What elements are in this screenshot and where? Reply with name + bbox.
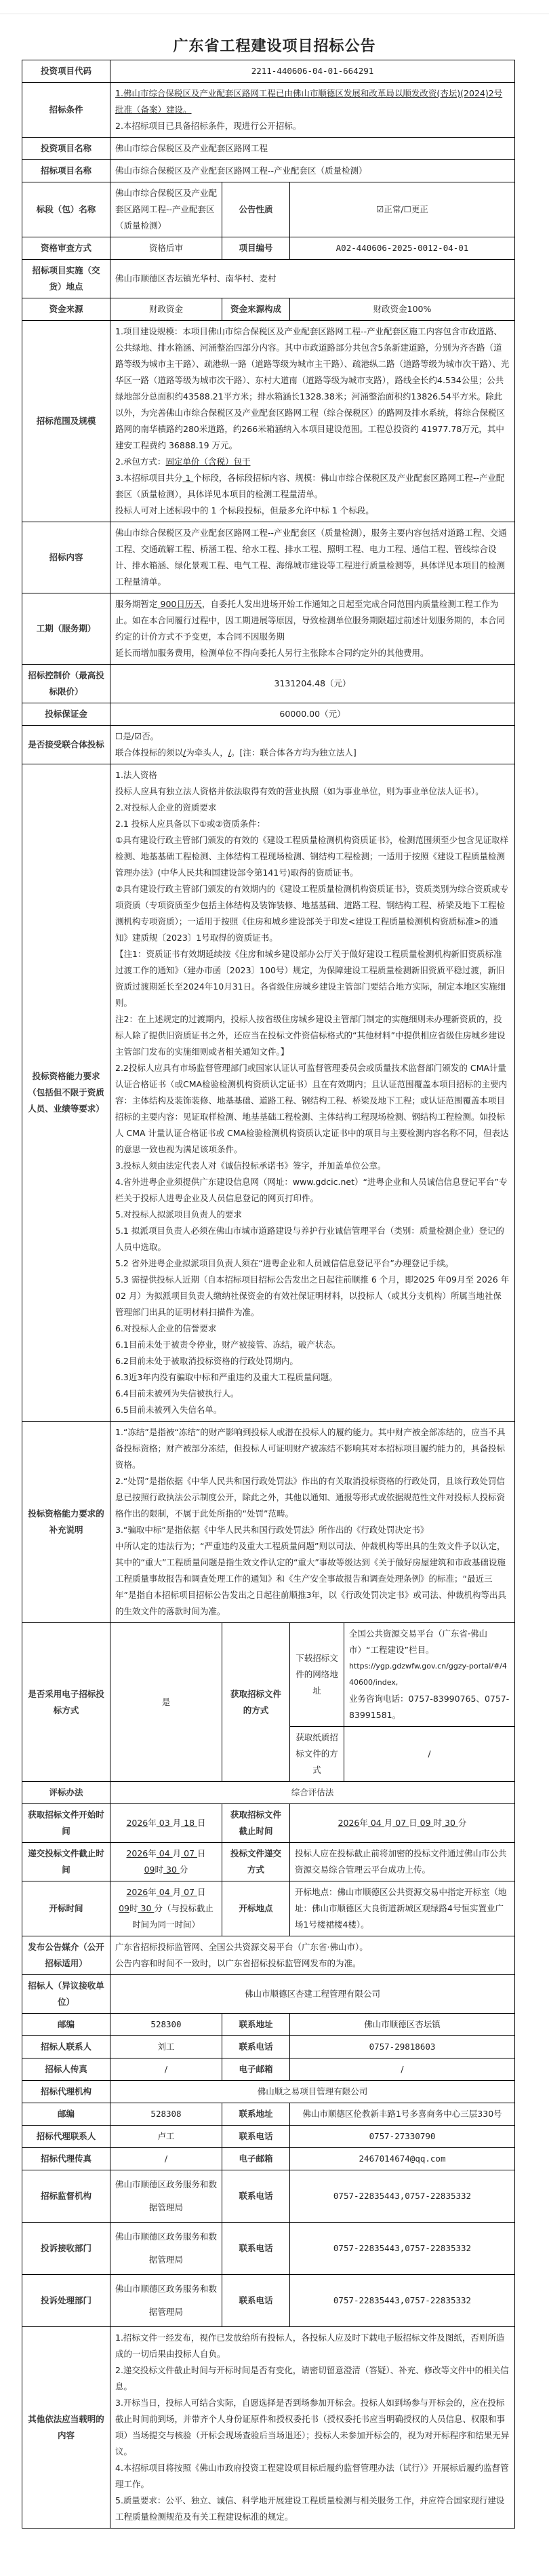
requirement-item: 6.2目前未处于被取消投标资格的行政处罚期内。: [115, 1353, 510, 1369]
requirement-item: 6.5目前未被列入失信名单。: [115, 1402, 510, 1418]
label-project-code: 投资项目代码: [22, 60, 110, 83]
complaint-receive-value: 佛山市顺德区政务服务和数据管理局: [110, 2223, 222, 2275]
scope-bid-limit: 投标人可对上述标段中的 1 个标段投标，但最多允许中标 1 个标段。: [115, 503, 510, 519]
download-address-value: 全国公共资源交易平台（广东省·佛山市）“工程建设”栏目。 https://ygp…: [344, 1623, 515, 1727]
requirement-item: 2.对投标人企业的资质要求: [115, 800, 510, 816]
tenderer-zip-value: 528300: [110, 2014, 222, 2036]
consortium-value: ☐是/☑否。 联合体投标的须以/为牵头人，/。[注：联合体各方均为独立法人]: [110, 726, 515, 764]
obtain-start-value: 2026年 03 月 18 日: [110, 1804, 222, 1843]
requirement-item: 6.4目前未被列为失信被执行人。: [115, 1386, 510, 1402]
row-scope: 招标范围及规模 1.项目建设规模：本项目佛山市综合保税区及产业配套区路网工程--…: [22, 321, 515, 522]
label-deposit: 投标保证金: [22, 703, 110, 726]
row-period: 工期（服务期） 服务期暂定 900日历天，自委托人发出进场开始工作通知之日起至完…: [22, 593, 515, 665]
year-unit: 年: [148, 1887, 157, 1897]
label-agency-zip: 邮编: [22, 2103, 110, 2126]
deadline-minute: 30: [163, 1865, 180, 1875]
contract-method-label: 2.承包方式：: [115, 456, 165, 467]
requirement-item: 6.3近3年内没有骗取中标和严重违约及重大工程质量问题。: [115, 1369, 510, 1386]
electronic-value: 是: [110, 1623, 222, 1782]
year-unit: 年: [148, 1818, 157, 1828]
consortium-lead-note: 联合体投标的须以/为牵头人，/。[注：联合体各方均为独立法人]: [115, 745, 510, 761]
evaluation-value: 综合评估法: [110, 1782, 515, 1804]
label-agency: 招标代理机构: [22, 2081, 110, 2103]
row-tenderer: 招标人（异议接收单位） 佛山市顺德区杏建工程管理有限公司: [22, 1975, 515, 2014]
section-name-value: 佛山市综合保税区及产业配套区路网工程--产业配套区（质量检测）: [110, 182, 222, 237]
scope-value: 1.项目建设规模：本项目佛山市综合保税区及产业配套区路网工程--产业配套区施工内…: [110, 321, 515, 522]
consortium-yes-label: 是: [123, 731, 131, 741]
supplement-item: 中所认定的违法行为；“严重违约及重大工程质量问题”则以司法、仲裁机构等出具的生效…: [115, 1538, 510, 1620]
label-download-address: 下载招标文件的网络地址: [290, 1623, 344, 1727]
agency-phone-value: 0757-27330790: [290, 2126, 515, 2148]
label-scope: 招标范围及规模: [22, 321, 110, 522]
period-value: 服务期暂定 900日历天，自委托人发出进场开始工作通知之日起至完成合同范围内质量…: [110, 593, 515, 665]
deposit-value: 60000.00（元）: [110, 703, 515, 726]
other-item: 1.招标文件一经发布，视作已发放给所有投标人，各投标人应及时下载电子版招标文件及…: [115, 2330, 510, 2362]
agency-address-value: 佛山市顺德区伦教新丰路1号多喜商务中心三层330号: [290, 2103, 515, 2126]
tenderer-fax-value: /: [110, 2058, 222, 2081]
label-electronic: 是否采用电子招标投标方式: [22, 1623, 110, 1782]
start-year: 2026: [126, 1818, 148, 1828]
row-supervision: 招标监督机构 佛山市顺德区政务服务和数据管理局 联系电话 0757-228354…: [22, 2170, 515, 2223]
opening-day: 07: [181, 1887, 197, 1897]
opening-place-value: 开标地点：佛山市顺德区公共资源交易中指定开标室（地址：佛山市顺德区大良街道新城区…: [290, 1881, 515, 1936]
start-month: 03: [157, 1818, 173, 1828]
day-unit: 日: [197, 1848, 206, 1858]
funding-composition-value: 财政资金100%: [290, 298, 515, 321]
checkbox-corrected-unchecked-icon: ☐: [404, 204, 411, 214]
investment-name-value: 佛山市综合保税区及产业配套区路网工程: [110, 138, 515, 160]
label-tenderer-zip: 邮编: [22, 2014, 110, 2036]
label-qualification-review: 资格审查方式: [22, 237, 110, 260]
tenderer-email-value: /: [290, 2058, 515, 2081]
label-investment-name: 投资项目名称: [22, 138, 110, 160]
contract-method-value: 固定单价（含税）包干: [165, 456, 250, 467]
opening-month: 04: [157, 1887, 173, 1897]
tender-name-value: 佛山市综合保税区及产业配套区路网工程--产业配套区（质量检测）: [110, 160, 515, 182]
location-value: 佛山市顺德区杏坛镇光华村、南华村、麦村: [110, 260, 515, 298]
obtain-end-value: 2026年 04 月 07 日 09 时 30 分: [290, 1804, 515, 1843]
opening-minute: 30: [138, 1903, 155, 1913]
requirement-item: 2.2投标人应具有市场监督管理部门或国家认证认可监督管理委员会或质量技术监督部门…: [115, 1060, 510, 1158]
start-day: 18: [181, 1818, 197, 1828]
period-days: 900日历天: [158, 599, 202, 609]
paper-obtain-value: /: [344, 1727, 515, 1782]
label-opening-place: 开标地点: [222, 1881, 290, 1936]
sections-prefix: 3.本招标项目共分: [115, 473, 182, 483]
label-obtain-method: 获取招标文件的方式: [222, 1623, 290, 1782]
label-agency-phone: 联系电话: [222, 2126, 290, 2148]
qualification-review-value: 资格后审: [110, 237, 222, 260]
submit-deadline-value: 2026年 04 月 07 日 09时 30 分: [110, 1843, 222, 1881]
label-agency-fax: 招标代理传真: [22, 2148, 110, 2170]
requirement-item: 2.1 投标人应具备以下①或②资质条件：: [115, 816, 510, 832]
row-location: 招标项目实施（交货）地点 佛山市顺德区杏坛镇光华村、南华村、麦村: [22, 260, 515, 298]
agency-zip-value: 528308: [110, 2103, 222, 2126]
end-year: 2026: [338, 1818, 360, 1828]
hour-unit: 时: [155, 1865, 164, 1875]
end-month: 04: [368, 1818, 384, 1828]
row-electronic: 是否采用电子招标投标方式 是 获取招标文件的方式 下载招标文件的网络地址 全国公…: [22, 1623, 515, 1727]
row-tenderer-fax: 招标人传真 / 电子邮箱 /: [22, 2058, 515, 2081]
content-value: 佛山市综合保税区及产业配套区路网工程--产业配套区（质量检测），服务主要内容包括…: [110, 522, 515, 593]
row-agency-contact: 招标代理联系人 卢工 联系电话 0757-27330790: [22, 2126, 515, 2148]
tenderer-phone-value: 0757-29818603: [290, 2036, 515, 2058]
label-complaint-handle-phone: 联系电话: [222, 2275, 290, 2327]
label-complaint-receive: 投诉接收部门: [22, 2223, 110, 2275]
year-unit: 年: [359, 1818, 368, 1828]
requirement-item: 1.法人资格: [115, 767, 510, 783]
label-tenderer-email: 电子邮箱: [222, 2058, 290, 2081]
label-obtain-end: 获取招标文件截止时间: [222, 1804, 290, 1843]
requirements-value: 1.法人资格 投标人应具有独立法人资格并依法取得有效的营业执照（如为事业单位，则…: [110, 764, 515, 1422]
day-unit: 日: [197, 1818, 206, 1828]
requirement-item: 投标人应具有独立法人资格并依法取得有效的营业执照（如为事业单位，则为事业单位法人…: [115, 783, 510, 800]
minute-unit: 分: [154, 1903, 163, 1913]
label-tenderer-fax: 招标人传真: [22, 2058, 110, 2081]
row-section-name: 标段（包）名称 佛山市综合保税区及产业配套区路网工程--产业配套区（质量检测） …: [22, 182, 515, 237]
consortium-no-label: 否。: [142, 731, 159, 741]
consortium-note-e: 。[注：联合体各方均为独立法人]: [231, 747, 357, 758]
month-unit: 月: [173, 1848, 182, 1858]
label-media: 发布公告媒介（公开招标适用）: [22, 1936, 110, 1975]
project-code-value: 2211-440606-04-01-664291: [110, 60, 515, 83]
label-notice-nature: 公告性质: [222, 182, 290, 237]
label-section-name: 标段（包）名称: [22, 182, 110, 237]
label-supervision: 招标监督机构: [22, 2170, 110, 2223]
requirement-item: ②具有建设行政主管部门颁发的有效期内的《建设工程质量检测机构资质证书》，资质类别…: [115, 881, 510, 946]
requirement-item: 5.1 拟派项目负责人必须在佛山市城市道路建设与养护行业诚信管理平台（类别：质量…: [115, 1223, 510, 1255]
opening-hour: 09: [119, 1903, 129, 1913]
conditions-value: 1.佛山市综合保税区及产业配套区路网工程已由佛山市顺德区发展和改革局以顺发改资(…: [110, 83, 515, 138]
download-phone: 业务咨询电话：0757-83990765、0757-83991581。: [349, 1691, 510, 1723]
agency-value: 佛山顺之易项目管理有限公司: [110, 2081, 515, 2103]
label-consortium: 是否接受联合体投标: [22, 726, 110, 764]
row-control-price: 招标控制价（最高投标限价） 3131204.48（元）: [22, 665, 515, 703]
download-platform: 全国公共资源交易平台（广东省·佛山市）“工程建设”栏目。: [349, 1626, 510, 1658]
minute-unit: 分: [458, 1818, 467, 1828]
month-unit: 月: [384, 1818, 393, 1828]
conditions-approval: 1.佛山市综合保税区及产业配套区路网工程已由佛山市顺德区发展和改革局以顺发改资(…: [115, 85, 510, 118]
row-deposit: 投标保证金 60000.00（元）: [22, 703, 515, 726]
row-other: 其他依法应当载明的内容 1.招标文件一经发布，视作已发放给所有投标人，各投标人应…: [22, 2327, 515, 2529]
submit-method-value: 投标人应在投标截止前将加密的投标文件通过佛山市公共资源交易综合管理云平台成功上传…: [290, 1843, 515, 1881]
label-complaint-receive-phone: 联系电话: [222, 2223, 290, 2275]
sections-count: 1: [182, 473, 193, 483]
label-submit-deadline: 递交投标文件截止时间: [22, 1843, 110, 1881]
consortium-note-a: 联合体投标的须以: [115, 747, 183, 758]
complaint-handle-value: 佛山市顺德区政务服务和数据管理局: [110, 2275, 222, 2327]
label-tenderer-address: 联系地址: [222, 2014, 290, 2036]
nature-corrected-label: 更正: [411, 204, 428, 214]
top-bar: [0, 0, 549, 14]
media-precedence-note: 公告内容和时间不一致时，以广东省招标投标监管网发布的为准。: [115, 1955, 510, 1972]
label-evaluation: 评标办法: [22, 1782, 110, 1804]
opening-year: 2026: [126, 1887, 148, 1897]
scope-sections: 3.本招标项目共分 1 个标段，各标段招标内容、规模：佛山市综合保税区及产业配套…: [115, 470, 510, 503]
row-project-code: 投资项目代码 2211-440606-04-01-664291: [22, 60, 515, 83]
supervision-value: 佛山市顺德区政务服务和数据管理局: [110, 2170, 222, 2223]
requirement-item: 5.对投标人拟派项目负责人的要求: [115, 1207, 510, 1223]
requirement-item: 5.2 省外进粤企业拟派项目负责人须在“进粤企业和人员诚信信息登记平台”办理登记…: [115, 1255, 510, 1272]
label-funding-source: 资金来源: [22, 298, 110, 321]
label-other: 其他依法应当载明的内容: [22, 2327, 110, 2529]
checkbox-normal-checked-icon: ☑: [376, 204, 384, 214]
tenderer-address-value: 佛山市顺德区杏坛镇: [290, 2014, 515, 2036]
label-agency-address: 联系地址: [222, 2103, 290, 2126]
complaint-handle-phone-value: 0757-22835443,0757-22835332: [290, 2275, 515, 2327]
row-tenderer-contact: 招标人联系人 刘工 联系电话 0757-29818603: [22, 2036, 515, 2058]
agency-fax-value: /: [110, 2148, 222, 2170]
label-tenderer: 招标人（异议接收单位）: [22, 1975, 110, 2014]
label-opening-time: 开标时间: [22, 1881, 110, 1936]
requirement-item: 6.1目前未处于被责令停业，财产被接管、冻结，破产状态。: [115, 1337, 510, 1353]
project-number-value: A02-440606-2025-0012-04-01: [290, 237, 515, 260]
label-tenderer-phone: 联系电话: [222, 2036, 290, 2058]
label-paper-obtain: 获取纸质招标文件的方式: [290, 1727, 344, 1782]
other-item: 2.递交投标文件截止时间与开标时间是否有变化，请密切留意澄清（答疑）、补充、修改…: [115, 2362, 510, 2395]
end-hour: 09: [418, 1818, 434, 1828]
row-requirements: 投标资格能力要求（包括但不限于资质人员、业绩等要求） 1.法人资格 投标人应具有…: [22, 764, 515, 1422]
label-conditions: 招标条件: [22, 83, 110, 138]
checkbox-no-checked-icon: ☑: [134, 731, 142, 741]
row-agency-fax: 招标代理传真 / 电子邮箱 2467014674@qq.com: [22, 2148, 515, 2170]
period-extension-note: 延长而增加服务费用，检测单位不得向委托人另行主张除本合同约定外的其他费用。: [115, 645, 510, 661]
notice-table: 投资项目代码 2211-440606-04-01-664291 招标条件 1.佛…: [22, 60, 515, 2529]
other-item: 5.质量要求：公平、独立、诚信、科学地开展建设工程质量检测与相关服务工作，并应符…: [115, 2493, 510, 2525]
requirement-item: 4.省外进粤企业须提供广东建设信息网（网址：www.gdcic.net）“进粤企…: [115, 1174, 510, 1207]
label-obtain-start: 获取招标文件开始时间: [22, 1804, 110, 1843]
minute-unit: 分: [180, 1865, 188, 1875]
row-content: 招标内容 佛山市综合保税区及产业配套区路网工程--产业配套区（质量检测），服务主…: [22, 522, 515, 593]
row-evaluation: 评标办法 综合评估法: [22, 1782, 515, 1804]
supervision-phone-value: 0757-22835443,0757-22835332: [290, 2170, 515, 2223]
download-url-link[interactable]: https://ygp.gdzwfw.gov.cn/ggzy-portal/#/…: [349, 1658, 510, 1691]
label-project-number: 项目编号: [222, 237, 290, 260]
checkbox-yes-unchecked-icon: ☐: [115, 731, 123, 741]
consortium-choice: ☐是/☑否。: [115, 728, 510, 745]
scope-scale: 1.项目建设规模：本项目佛山市综合保税区及产业配套区路网工程--产业配套区施工内…: [115, 324, 510, 454]
requirement-item: 5.3 需提供投标人近期（自本招标项目招标公告发出之日起往前顺推 6 个月，即2…: [115, 1272, 510, 1321]
label-complaint-handle: 投诉处理部门: [22, 2275, 110, 2327]
consortium-note-c: 为牵头人，: [186, 747, 228, 758]
end-minute: 30: [442, 1818, 458, 1828]
label-funding-composition: 资金来源构成: [222, 298, 290, 321]
month-unit: 月: [173, 1887, 182, 1897]
complaint-receive-phone-value: 0757-22835443,0757-22835332: [290, 2223, 515, 2275]
label-tenderer-contact: 招标人联系人: [22, 2036, 110, 2058]
row-media: 发布公告媒介（公开招标适用） 广东省招标投标监管网、全国公共资源交易平台（广东省…: [22, 1936, 515, 1975]
supplement-value: 1.“冻结”是指被“冻结”的财产影响到投标人或潜在投标人的履约能力。其中财产被全…: [110, 1422, 515, 1623]
media-platforms: 广东省招标投标监管网、全国公共资源交易平台（广东省·佛山市）。: [115, 1939, 510, 1955]
deadline-day: 07: [181, 1848, 197, 1858]
hour-unit: 时: [434, 1818, 443, 1828]
requirement-item: ①具有建设行政主管部门颁发的有效的《建设工程质量检测机构资质证书》，检测范围须至…: [115, 832, 510, 881]
conditions-ready: 2.本招标项目已具备招标条件，现进行公开招标。: [115, 118, 510, 134]
deadline-hour: 09: [144, 1865, 155, 1875]
row-submit-deadline: 递交投标文件截止时间 2026年 04 月 07 日 09时 30 分 投标文件…: [22, 1843, 515, 1881]
notice-nature-value: ☑正常/☐更正: [290, 182, 515, 237]
label-supplement: 投标资格能力要求的补充说明: [22, 1422, 110, 1623]
bottom-spacer: [0, 2529, 549, 2576]
nature-normal-label: 正常: [384, 204, 401, 214]
media-value: 广东省招标投标监管网、全国公共资源交易平台（广东省·佛山市）。 公告内容和时间不…: [110, 1936, 515, 1975]
row-conditions: 招标条件 1.佛山市综合保税区及产业配套区路网工程已由佛山市顺德区发展和改革局以…: [22, 83, 515, 138]
label-control-price: 招标控制价（最高投标限价）: [22, 665, 110, 703]
label-period: 工期（服务期）: [22, 593, 110, 665]
requirement-item: 【注1：资质证书有效期延续按《住房和城乡建设部办公厅关于做好建设工程质量检测机构…: [115, 946, 510, 1011]
scope-contract-method: 2.承包方式：固定单价（含税）包干: [115, 454, 510, 470]
row-investment-name: 投资项目名称 佛山市综合保税区及产业配套区路网工程: [22, 138, 515, 160]
label-supervision-phone: 联系电话: [222, 2170, 290, 2223]
row-complaint-receive: 投诉接收部门 佛山市顺德区政务服务和数据管理局 联系电话 0757-228354…: [22, 2223, 515, 2275]
day-unit: 日: [197, 1887, 206, 1897]
row-opening: 开标时间 2026年 04 月 07 日 09时 30 分（与投标截止时间为同一…: [22, 1881, 515, 1936]
deadline-year: 2026: [126, 1848, 148, 1858]
row-agency-zip: 邮编 528308 联系地址 佛山市顺德区伦教新丰路1号多喜商务中心三层330号: [22, 2103, 515, 2126]
label-agency-email: 电子邮箱: [222, 2148, 290, 2170]
deadline-month: 04: [157, 1848, 173, 1858]
page-title: 广东省工程建设项目招标公告: [0, 35, 549, 56]
other-item: 3.开标当日，投标人可结合实际，自愿选择是否到场参加开标会。投标人如到场参与开标…: [115, 2395, 510, 2460]
row-agency: 招标代理机构 佛山顺之易项目管理有限公司: [22, 2081, 515, 2103]
tenderer-contact-value: 刘工: [110, 2036, 222, 2058]
other-item: 4.本招标项目将按照《佛山市政府投资工程建设项目标后履约监督管理办法（试行）》开…: [115, 2460, 510, 2493]
row-tenderer-zip: 邮编 528300 联系地址 佛山市顺德区杏坛镇: [22, 2014, 515, 2036]
other-value: 1.招标文件一经发布，视作已发放给所有投标人，各投标人应及时下载电子版招标文件及…: [110, 2327, 515, 2529]
supplement-item: 1.“冻结”是指被“冻结”的财产影响到投标人或潜在投标人的履约能力。其中财产被全…: [115, 1424, 510, 1473]
control-price-value: 3131204.48（元）: [110, 665, 515, 703]
end-day: 07: [392, 1818, 409, 1828]
label-submit-method: 投标文件递交方式: [222, 1843, 290, 1881]
opening-time-value: 2026年 04 月 07 日 09时 30 分（与投标截止时间为同一时间）: [110, 1881, 222, 1936]
requirement-item: 注2：在上述规定的过渡期内，投标人按省级住房城乡建设主管部门制定的实施细则未办理…: [115, 1011, 510, 1060]
label-requirements: 投标资格能力要求（包括但不限于资质人员、业绩等要求）: [22, 764, 110, 1422]
day-unit: 日: [409, 1818, 418, 1828]
label-tender-name: 招标项目名称: [22, 160, 110, 182]
row-supplement: 投标资格能力要求的补充说明 1.“冻结”是指被“冻结”的财产影响到投标人或潜在投…: [22, 1422, 515, 1623]
row-obtain-time: 获取招标文件开始时间 2026年 03 月 18 日 获取招标文件截止时间 20…: [22, 1804, 515, 1843]
supplement-item: 3.“骗取中标”是指依据《中华人民共和国行政处罚法》所作出的《行政处罚决定书》: [115, 1522, 510, 1538]
label-location: 招标项目实施（交货）地点: [22, 260, 110, 298]
requirement-item: 6.对投标人企业的信誉要求: [115, 1321, 510, 1337]
row-qualification: 资格审查方式 资格后审 项目编号 A02-440606-2025-0012-04…: [22, 237, 515, 260]
month-unit: 月: [173, 1818, 182, 1828]
tenderer-value: 佛山市顺德区杏建工程管理有限公司: [110, 1975, 515, 2014]
row-tender-name: 招标项目名称 佛山市综合保税区及产业配套区路网工程--产业配套区（质量检测）: [22, 160, 515, 182]
period-prefix: 服务期暂定: [115, 599, 158, 609]
year-unit: 年: [148, 1848, 157, 1858]
row-consortium: 是否接受联合体投标 ☐是/☑否。 联合体投标的须以/为牵头人，/。[注：联合体各…: [22, 726, 515, 764]
row-complaint-handle: 投诉处理部门 佛山市顺德区政务服务和数据管理局 联系电话 0757-228354…: [22, 2275, 515, 2327]
supplement-item: 2.“处罚”是指依据《中华人民共和国行政处罚法》作出的有关取消投标资格的行政处罚…: [115, 1473, 510, 1522]
funding-source-value: 财政资金: [110, 298, 222, 321]
row-funding: 资金来源 财政资金 资金来源构成 财政资金100%: [22, 298, 515, 321]
label-agency-contact: 招标代理联系人: [22, 2126, 110, 2148]
requirement-item: 3.投标人须由法定代表人对《诚信投标承诺书》签字，并加盖单位公章。: [115, 1158, 510, 1174]
agency-contact-value: 卢工: [110, 2126, 222, 2148]
hour-unit: 时: [129, 1903, 138, 1913]
label-content: 招标内容: [22, 522, 110, 593]
agency-email-link[interactable]: 2467014674@qq.com: [290, 2148, 515, 2170]
